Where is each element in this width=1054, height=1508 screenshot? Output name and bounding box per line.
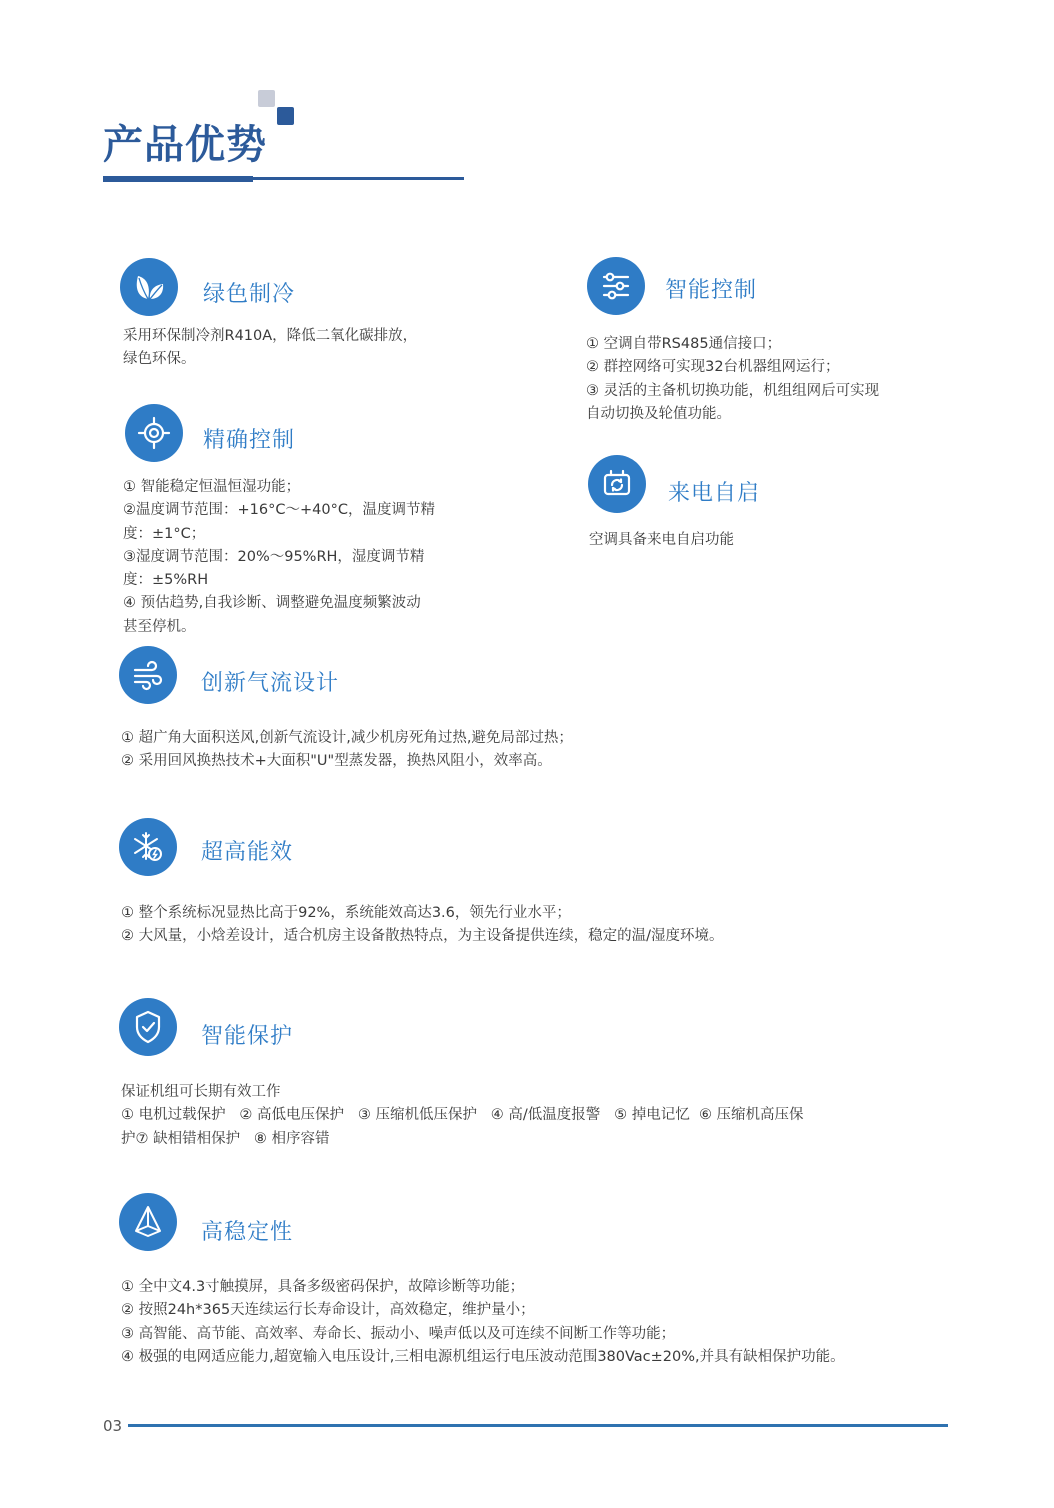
body-line: 度：±1°C；: [123, 523, 435, 546]
body-line: ② 按照24h*365天连续运行长寿命设计，高效稳定，维护量小；: [121, 1299, 845, 1322]
body-line: ② 群控网络可实现32台机器组网运行；: [586, 356, 879, 379]
body-line: ① 超广角大面积送风,创新气流设计,减少机房死角过热,避免局部过热；: [121, 727, 573, 750]
section-body: ① 智能稳定恒温恒湿功能； ②温度调节范围：+16°C～+40°C，温度调节精 …: [123, 476, 435, 639]
body-line: ③ 高智能、高节能、高效率、寿命长、振动小、噪声低以及可连续不间断工作等功能；: [121, 1323, 845, 1346]
target-icon: [125, 404, 183, 462]
section-body: 保证机组可长期有效工作 ① 电机过载保护 ② 高低电压保护 ③ 压缩机低压保护 …: [121, 1081, 804, 1151]
power-restart-icon: [588, 455, 646, 513]
page-number: 03: [103, 1416, 122, 1436]
shield-check-icon: [119, 998, 177, 1056]
section-title: 精确控制: [203, 427, 295, 455]
body-line: ① 智能稳定恒温恒湿功能；: [123, 476, 435, 499]
snowflake-bolt-icon: [119, 818, 177, 876]
body-line: ④ 极强的电网适应能力,超宽输入电压设计,三相电源机组运行电压波动范围380Va…: [121, 1346, 845, 1369]
footer-divider: [128, 1424, 948, 1427]
section-title: 高稳定性: [201, 1219, 293, 1247]
body-line: 度：±5%RH: [123, 569, 435, 592]
body-line: ② 采用回风换热技术+大面积"U"型蒸发器，换热风阻小，效率高。: [121, 750, 573, 773]
body-line: 绿色环保。: [123, 348, 417, 371]
body-line: ②温度调节范围：+16°C～+40°C，温度调节精: [123, 499, 435, 522]
section-title: 智能保护: [201, 1023, 293, 1051]
body-line: ④ 预估趋势,自我诊断、调整避免温度频繁波动: [123, 592, 435, 615]
body-line: ① 空调自带RS485通信接口；: [586, 333, 879, 356]
body-line: ③湿度调节范围：20%～95%RH，湿度调节精: [123, 546, 435, 569]
body-line: ① 全中文4.3寸触摸屏，具备多级密码保护，故障诊断等功能；: [121, 1276, 845, 1299]
sliders-icon: [587, 257, 645, 315]
page-title: 产品优势: [103, 120, 267, 170]
body-line: 甚至停机。: [123, 616, 435, 639]
section-title: 来电自启: [668, 480, 760, 508]
title-underline-thin: [253, 177, 464, 180]
section-body: 采用环保制冷剂R410A，降低二氧化碳排放， 绿色环保。: [123, 325, 417, 372]
section-body: ① 空调自带RS485通信接口； ② 群控网络可实现32台机器组网运行； ③ 灵…: [586, 333, 879, 426]
section-title: 智能控制: [665, 277, 757, 305]
leaf-icon: [120, 258, 178, 316]
section-title: 绿色制冷: [203, 281, 295, 309]
section-body: ① 整个系统标况显热比高于92%，系统能效高达3.6，领先行业水平； ② 大风量…: [121, 902, 724, 949]
section-body: ① 超广角大面积送风,创新气流设计,减少机房死角过热,避免局部过热； ② 采用回…: [121, 727, 573, 774]
pyramid-icon: [119, 1193, 177, 1251]
body-line: 空调具备来电自启功能: [589, 529, 734, 552]
body-line: 采用环保制冷剂R410A，降低二氧化碳排放，: [123, 325, 417, 348]
body-line: ③ 灵活的主备机切换功能，机组组网后可实现: [586, 380, 879, 403]
decorative-square-light: [258, 90, 275, 107]
body-line: ① 电机过载保护 ② 高低电压保护 ③ 压缩机低压保护 ④ 高/低温度报警 ⑤ …: [121, 1104, 804, 1127]
body-line: ① 整个系统标况显热比高于92%，系统能效高达3.6，领先行业水平；: [121, 902, 724, 925]
section-title: 创新气流设计: [201, 670, 339, 698]
decorative-square-dark: [277, 107, 294, 125]
body-line: 护⑦ 缺相错相保护 ⑧ 相序容错: [121, 1128, 804, 1151]
section-title: 超高能效: [201, 839, 293, 867]
wind-icon: [119, 646, 177, 704]
body-line: ② 大风量，小焓差设计，适合机房主设备散热特点，为主设备提供连续，稳定的温/湿度…: [121, 925, 724, 948]
body-line: 保证机组可长期有效工作: [121, 1081, 804, 1104]
body-line: 自动切换及轮值功能。: [586, 403, 879, 426]
section-body: 空调具备来电自启功能: [589, 529, 734, 552]
title-underline-thick: [103, 176, 253, 182]
section-body: ① 全中文4.3寸触摸屏，具备多级密码保护，故障诊断等功能； ② 按照24h*3…: [121, 1276, 845, 1369]
